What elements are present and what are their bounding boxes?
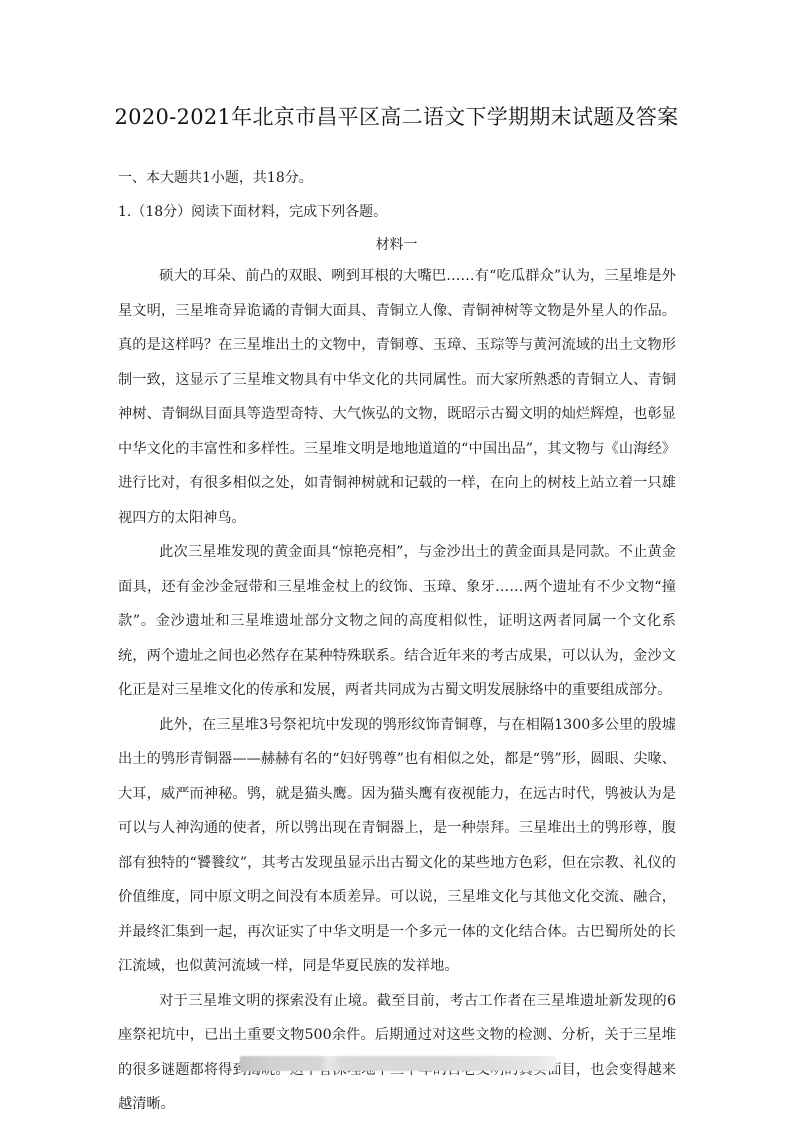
paragraph-1: 硕大的耳朵、前凸的双眼、咧到耳根的大嘴巴……有“吃瓜群众”认为，三星堆是外星文明… [118,259,676,535]
paragraph-2: 此次三星堆发现的黄金面具“惊艳亮相”，与金沙出土的黄金面具是同款。不止黄金面具，… [118,535,676,708]
paragraph-4: 对于三星堆文明的探索没有止境。截至目前，考古工作者在三星堆遗址新发现的6座祭祀坑… [118,984,676,1122]
question-heading: 1.（18分）阅读下面材料，完成下列各题。 [118,201,387,221]
material-title: 材料一 [0,234,793,254]
document-page: 2020-2021年北京市昌平区高二语文下学期期末试题及答案 一、本大题共1小题… [0,0,793,1122]
section-heading: 一、本大题共1小题，共18分。 [118,167,313,187]
paragraph-3: 此外，在三星堆3号祭祀坑中发现的鸮形纹饰青铜尊，与在相隔1300多公里的殷墟出土… [118,708,676,984]
blurred-footer-watermark [240,1056,556,1071]
document-title: 2020-2021年北京市昌平区高二语文下学期期末试题及答案 [0,101,793,131]
material-body: 硕大的耳朵、前凸的双眼、咧到耳根的大嘴巴……有“吃瓜群众”认为，三星堆是外星文明… [118,259,676,1122]
